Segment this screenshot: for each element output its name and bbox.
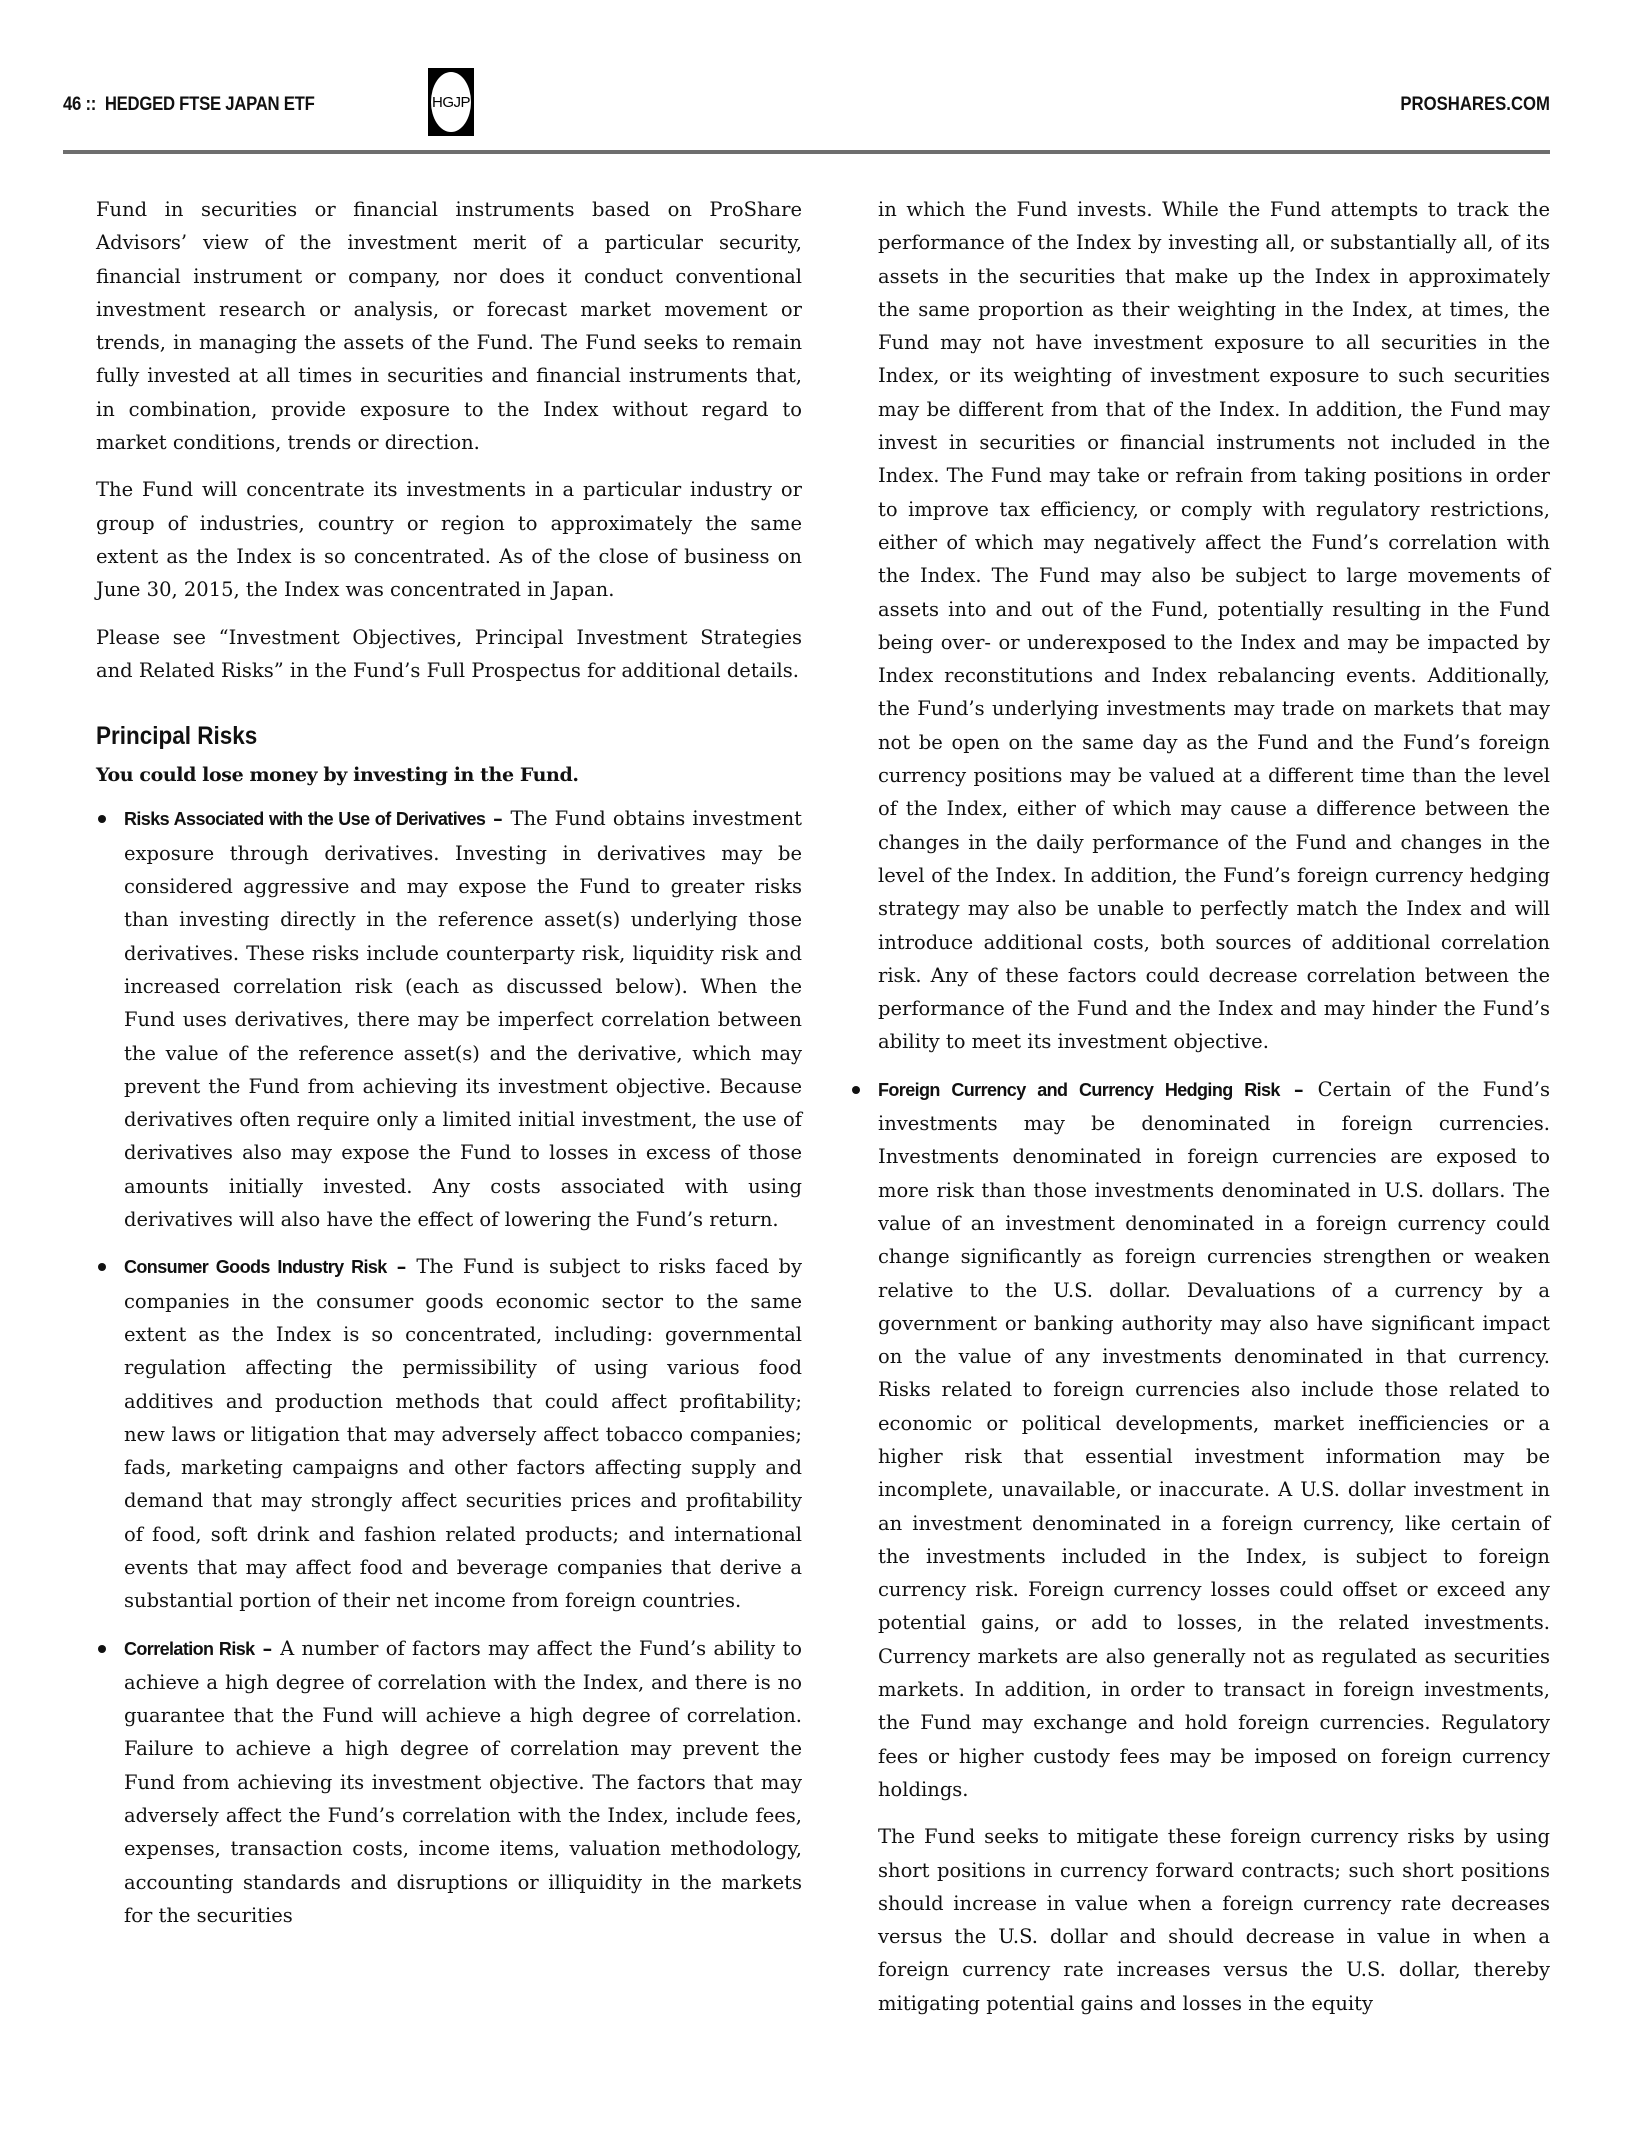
section-heading: Principal Risks xyxy=(96,721,731,751)
paragraph: Fund in securities or financial instrume… xyxy=(96,193,802,459)
risk-dash: – xyxy=(1280,1078,1318,1101)
header-separator: :: xyxy=(85,94,96,115)
risk-dash: – xyxy=(255,1637,281,1660)
paragraph: The Fund will concentrate its investment… xyxy=(96,473,802,606)
fund-title: HEDGED FTSE JAPAN ETF xyxy=(105,94,315,115)
page-header: 46 :: HEDGED FTSE JAPAN ETF HGJP PROSHAR… xyxy=(0,0,1650,160)
risk-item-consumer-goods: Consumer Goods Industry Risk – The Fund … xyxy=(96,1250,802,1617)
risk-item-foreign-currency: Foreign Currency and Currency Hedging Ri… xyxy=(850,1073,1550,1807)
risk-item-derivatives: Risks Associated with the Use of Derivat… xyxy=(96,802,802,1236)
running-header-title: 46 :: HEDGED FTSE JAPAN ETF xyxy=(63,94,315,116)
page-number: 46 xyxy=(63,94,81,115)
left-column: Fund in securities or financial instrume… xyxy=(96,193,802,1932)
ticker-label: HGJP xyxy=(432,94,470,111)
bullet-icon xyxy=(98,815,106,823)
risk-title: Consumer Goods Industry Risk xyxy=(124,1257,387,1277)
risk-title: Foreign Currency and Currency Hedging Ri… xyxy=(878,1080,1280,1100)
subheading: You could lose money by investing in the… xyxy=(96,759,802,792)
ticker-badge-icon: HGJP xyxy=(431,72,471,132)
risk-list: Risks Associated with the Use of Derivat… xyxy=(96,802,802,1932)
paragraph: The Fund seeks to mitigate these foreign… xyxy=(878,1820,1550,2020)
risk-text: The Fund obtains investment exposure thr… xyxy=(124,807,802,1231)
risk-dash: – xyxy=(485,807,510,830)
continuation-paragraph: in which the Fund invests. While the Fun… xyxy=(878,193,1550,1059)
header-divider xyxy=(63,150,1550,154)
bullet-icon xyxy=(852,1086,860,1094)
risk-item-correlation: Correlation Risk – A number of factors m… xyxy=(96,1632,802,1933)
right-column: in which the Fund invests. While the Fun… xyxy=(878,193,1550,2020)
site-link: PROSHARES.COM xyxy=(1400,94,1550,116)
bullet-icon xyxy=(98,1263,106,1271)
risk-dash: – xyxy=(387,1255,417,1278)
bullet-icon xyxy=(98,1645,106,1653)
risk-text: Certain of the Fund’s investments may be… xyxy=(878,1078,1550,1801)
paragraph: Please see “Investment Objectives, Princ… xyxy=(96,621,802,688)
risk-title: Correlation Risk xyxy=(124,1639,255,1659)
risk-list: Foreign Currency and Currency Hedging Ri… xyxy=(850,1073,1550,1807)
risk-text: A number of factors may affect the Fund’… xyxy=(124,1637,802,1927)
ticker-badge: HGJP xyxy=(428,68,474,136)
risk-title: Risks Associated with the Use of Derivat… xyxy=(124,809,485,829)
risk-text: The Fund is subject to risks faced by co… xyxy=(124,1255,802,1612)
